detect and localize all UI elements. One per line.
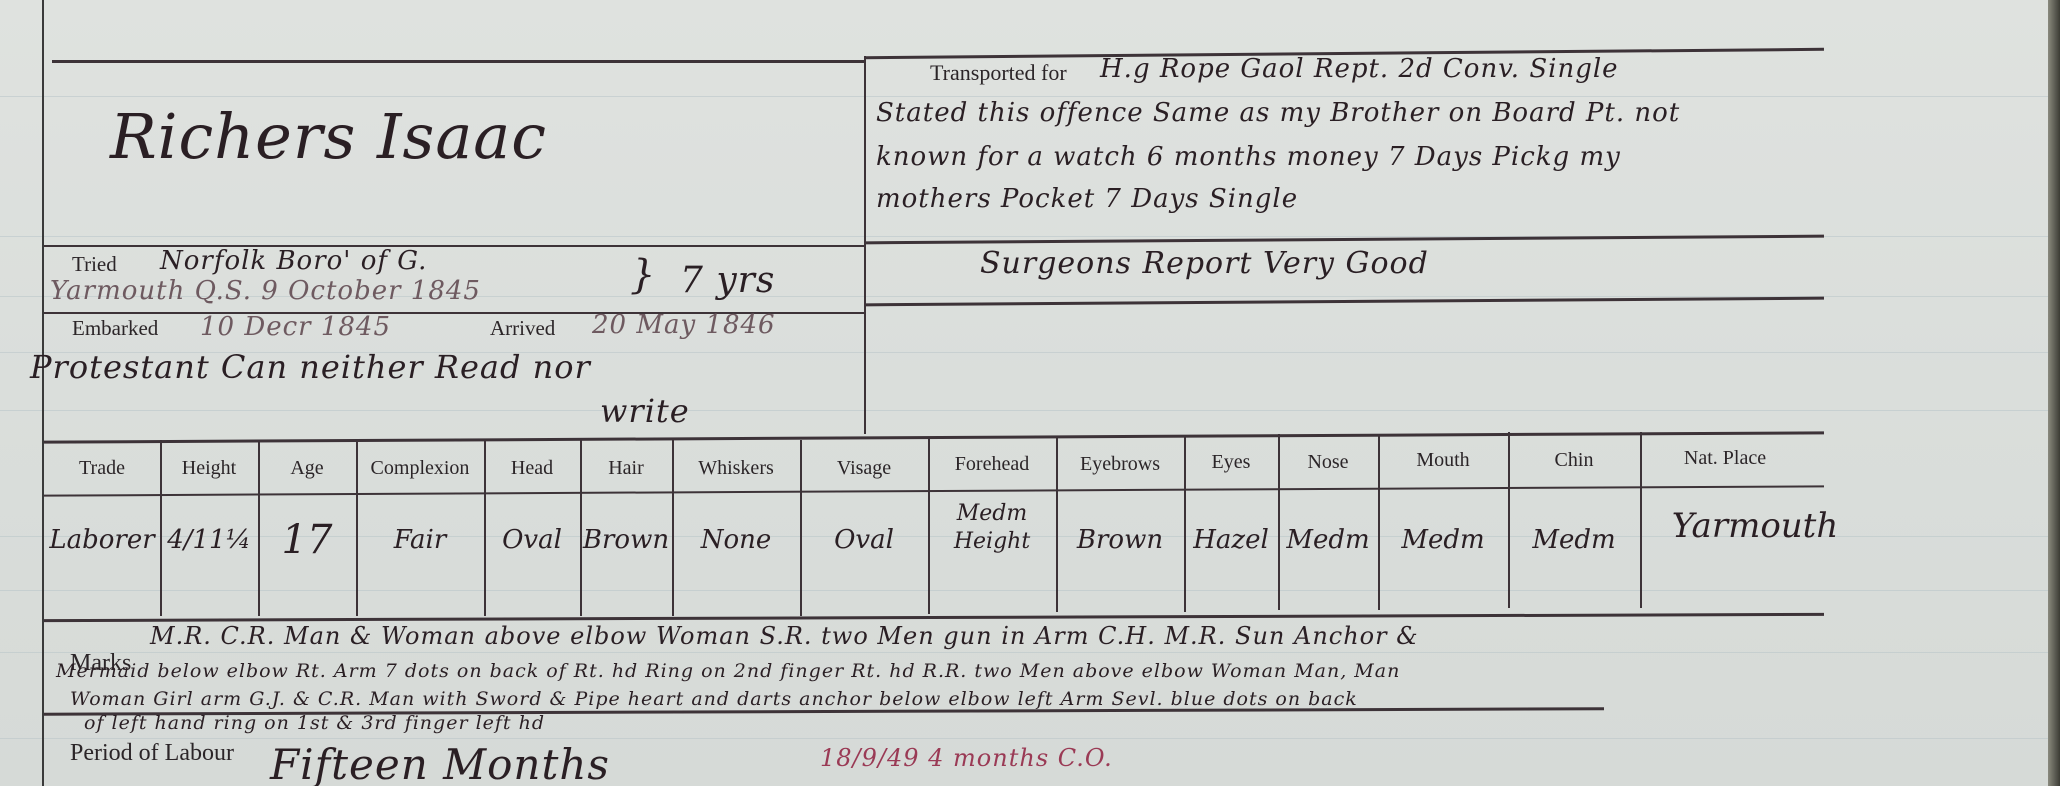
- header-complexion: Complexion: [356, 448, 484, 488]
- value-chin: Medm: [1508, 510, 1640, 570]
- arrived-date: 20 May 1846: [592, 310, 776, 340]
- header-eyebrows: Eyebrows: [1056, 444, 1184, 484]
- marks-line-2: Mermaid below elbow Rt. Arm 7 dots on ba…: [56, 660, 1400, 682]
- divider: [52, 60, 864, 63]
- header-nat-place: Nat. Place: [1640, 438, 1810, 478]
- embarked-date: 10 Decr 1845: [200, 312, 391, 342]
- value-forehead: Medm Height: [928, 500, 1056, 560]
- marks-line-1: M.R. C.R. Man & Woman above elbow Woman …: [150, 622, 1419, 650]
- divider: [864, 297, 1824, 307]
- surgeons-report: Surgeons Report Very Good: [980, 246, 1429, 281]
- value-age: 17: [258, 510, 356, 570]
- header-forehead: Forehead: [928, 444, 1056, 484]
- convict-name: Richers Isaac: [110, 100, 547, 173]
- header-mouth: Mouth: [1378, 440, 1508, 480]
- header-chin: Chin: [1508, 440, 1640, 480]
- value-hair: Brown: [580, 510, 672, 570]
- value-head: Oval: [484, 510, 580, 570]
- margin-line: [42, 0, 44, 786]
- header-hair: Hair: [580, 448, 672, 488]
- period-of-labour-annotation: 18/9/49 4 months C.O.: [820, 744, 1113, 772]
- header-eyes: Eyes: [1184, 442, 1278, 482]
- divider: [44, 613, 1824, 622]
- arrived-label: Arrived: [490, 316, 555, 341]
- value-visage: Oval: [800, 510, 928, 570]
- tried-brace: }: [630, 252, 656, 298]
- tried-court: Norfolk Boro' of G.: [160, 246, 427, 276]
- divider: [864, 56, 866, 434]
- header-height: Height: [160, 448, 258, 488]
- header-age: Age: [258, 448, 356, 488]
- header-head: Head: [484, 448, 580, 488]
- transported-for-line-2: Stated this offence Same as my Brother o…: [876, 98, 1680, 128]
- embarked-label: Embarked: [72, 316, 158, 341]
- period-of-labour-value: Fifteen Months: [270, 740, 610, 786]
- transported-for-line-3: known for a watch 6 months money 7 Days …: [876, 142, 1621, 172]
- tried-label: Tried: [72, 252, 117, 277]
- convict-record-page: Richers Isaac Transported for H.g Rope G…: [0, 0, 2060, 786]
- transported-for-line-1: H.g Rope Gaol Rept. 2d Conv. Single: [1100, 54, 1619, 84]
- value-complexion: Fair: [356, 510, 484, 570]
- header-visage: Visage: [800, 448, 928, 488]
- transported-for-line-4: mothers Pocket 7 Days Single: [876, 184, 1298, 214]
- book-edge: [2048, 0, 2060, 786]
- period-of-labour-label: Period of Labour: [70, 740, 234, 767]
- header-trade: Trade: [44, 448, 160, 488]
- value-eyebrows: Brown: [1056, 510, 1184, 570]
- marks-line-3: Woman Girl arm G.J. & C.R. Man with Swor…: [70, 688, 1358, 710]
- value-trade: Laborer: [40, 510, 164, 570]
- religion-literacy-line-2: write: [600, 392, 690, 430]
- header-nose: Nose: [1278, 442, 1378, 482]
- value-nat-place: Yarmouth: [1640, 496, 1870, 556]
- value-nose: Medm: [1278, 510, 1378, 570]
- marks-line-4: of left hand ring on 1st & 3rd finger le…: [84, 712, 545, 734]
- value-whiskers: None: [672, 510, 800, 570]
- value-height: 4/11¼: [160, 510, 258, 570]
- sentence: 7 yrs: [680, 260, 775, 301]
- transported-for-label: Transported for: [930, 60, 1067, 86]
- tried-date: Yarmouth Q.S. 9 October 1845: [50, 276, 481, 306]
- header-whiskers: Whiskers: [672, 448, 800, 488]
- religion-literacy-line-1: Protestant Can neither Read nor: [30, 348, 591, 386]
- value-eyes: Hazel: [1184, 510, 1278, 570]
- value-mouth: Medm: [1378, 510, 1508, 570]
